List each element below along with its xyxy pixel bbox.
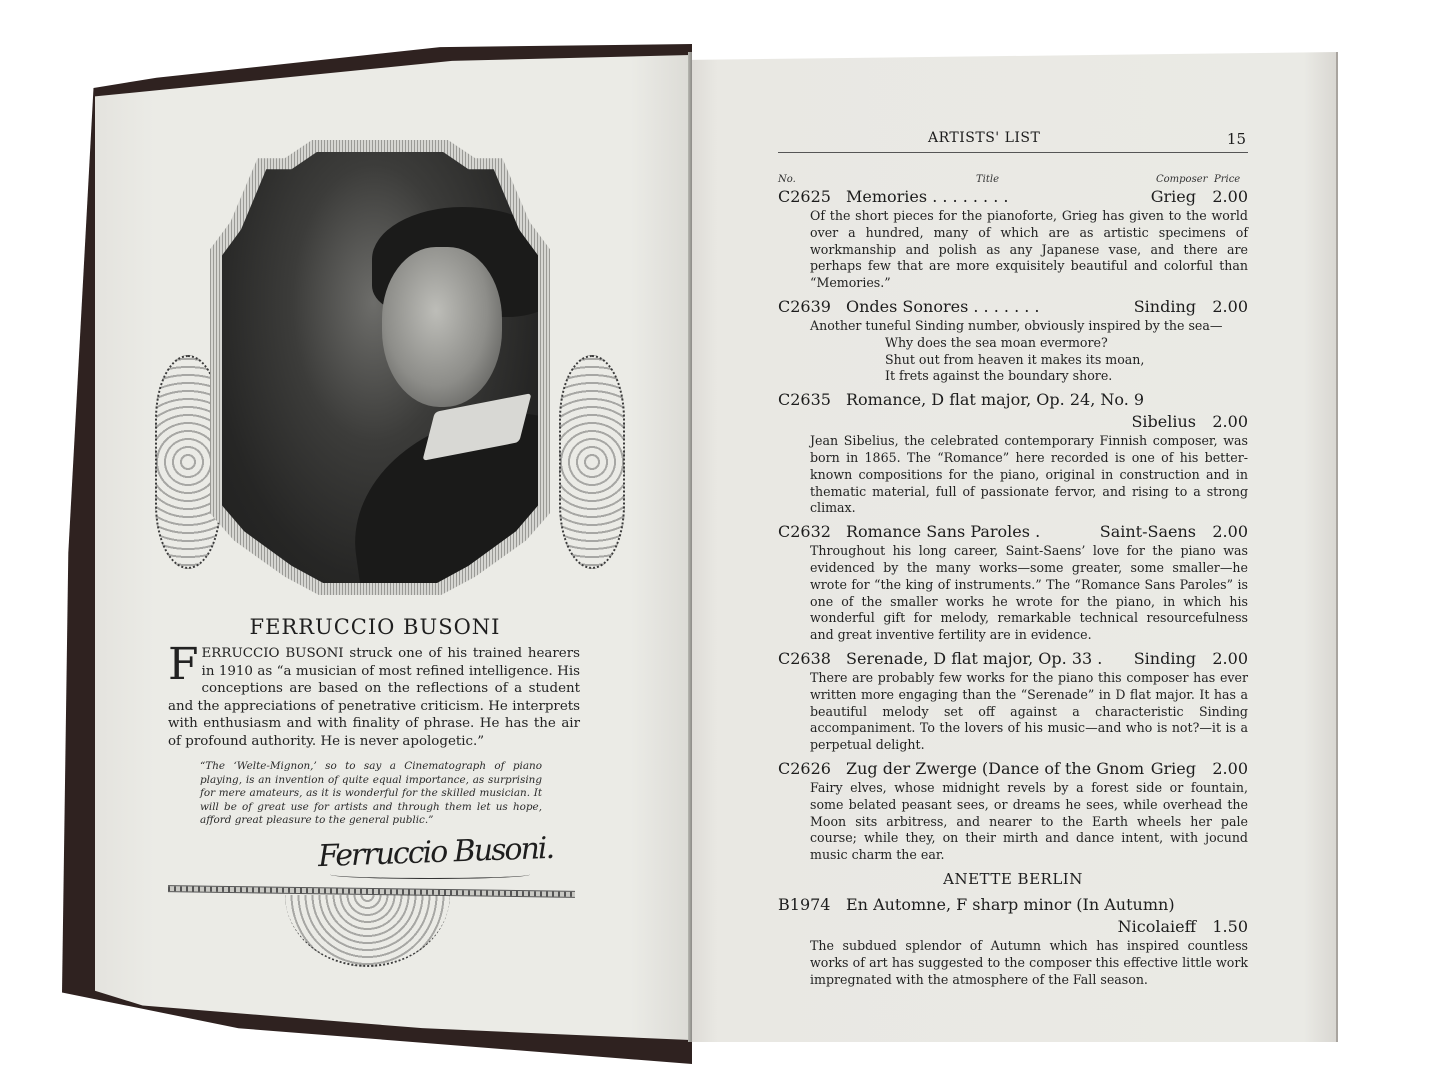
record-price: 2.00 [1196, 296, 1248, 318]
column-header-composer: Composer [1156, 174, 1207, 185]
record-entry: C2638 Serenade, D flat major, Op. 33 . S… [778, 648, 1248, 754]
record-number: C2625 [778, 186, 846, 208]
record-price: 2.00 [1196, 521, 1248, 543]
record-entry: C2632 Romance Sans Paroles . Saint-Saens… [778, 521, 1248, 644]
bio-text: ERRUCCIO BUSONI struck one of his traine… [168, 646, 580, 749]
artist-bio: FERRUCCIO BUSONI struck one of his train… [168, 645, 580, 750]
record-price: 2.00 [1196, 758, 1248, 780]
record-price: 2.00 [1196, 186, 1248, 208]
record-title: Romance, D flat major, Op. 24, No. 9 [846, 389, 1248, 411]
record-description: There are probably few works for the pia… [810, 670, 1248, 754]
record-entry: C2626 Zug der Zwerge (Dance of the Gnome… [778, 758, 1248, 864]
artist-name-heading: FERRUCCIO BUSONI [165, 615, 585, 639]
signature-flourish [330, 870, 530, 879]
scroll-ornament-icon [559, 355, 625, 569]
running-title: ARTISTS' LIST [928, 130, 1040, 146]
record-price: 2.00 [1196, 648, 1248, 670]
record-description: Of the short pieces for the pianoforte, … [810, 208, 1248, 292]
verse-line: Shut out from heaven it makes its moan, [885, 352, 1248, 369]
record-entry: B1974 En Automne, F sharp minor (In Autu… [778, 894, 1248, 988]
verse-line: Why does the sea moan evermore? [885, 335, 1248, 352]
record-description: Another tuneful Sinding number, obviousl… [810, 318, 1248, 335]
drop-cap: F [168, 647, 202, 683]
column-header-title: Title [976, 174, 999, 185]
portrait-photo [222, 152, 538, 583]
column-header-price: Price [1214, 174, 1240, 185]
record-title: En Automne, F sharp minor (In Autumn) [846, 894, 1248, 916]
record-description: Throughout his long career, Saint-Saens’… [810, 543, 1248, 644]
section-heading-artist: ANETTE BERLIN [778, 870, 1248, 888]
record-entry: C2625 Memories . . . . . . . . Grieg 2.0… [778, 186, 1248, 292]
record-price: 1.50 [1196, 916, 1248, 938]
page-number: 15 [1227, 130, 1246, 148]
record-composer: Sinding [1128, 296, 1196, 318]
record-title: Zug der Zwerge (Dance of the Gnomes) [846, 758, 1145, 780]
record-number: C2626 [778, 758, 846, 780]
record-composer: Nicolaieff [1112, 916, 1196, 938]
verse-line: It frets against the boundary shore. [885, 368, 1248, 385]
record-composer: Sinding [1128, 648, 1196, 670]
artist-quote: “The ‘Welte-Mignon,’ so to say a Cinemat… [200, 760, 542, 828]
record-number: C2635 [778, 389, 846, 411]
column-header-no: No. [778, 174, 796, 185]
record-description: Jean Sibelius, the celebrated contempora… [810, 433, 1248, 517]
portrait-frame [155, 140, 625, 595]
record-entry: C2635 Romance, D flat major, Op. 24, No.… [778, 389, 1248, 517]
record-title: Serenade, D flat major, Op. 33 . [846, 648, 1128, 670]
record-description: The subdued splendor of Autumn which has… [810, 938, 1248, 988]
record-composer: Sibelius [1125, 411, 1196, 433]
record-composer: Grieg [1145, 186, 1196, 208]
record-number: C2638 [778, 648, 846, 670]
record-title: Memories . . . . . . . . [846, 186, 1145, 208]
record-price: 2.00 [1196, 411, 1248, 433]
record-entry: C2639 Ondes Sonores . . . . . . . Sindin… [778, 296, 1248, 385]
record-list: C2625 Memories . . . . . . . . Grieg 2.0… [778, 186, 1248, 992]
record-composer: Saint-Saens [1094, 521, 1196, 543]
running-header: ARTISTS' LIST 15 [778, 130, 1248, 153]
record-title: Ondes Sonores . . . . . . . [846, 296, 1128, 318]
record-number: B1974 [778, 894, 846, 916]
book-gutter [688, 52, 692, 1042]
record-description: Fairy elves, whose midnight revels by a … [810, 780, 1248, 864]
record-number: C2639 [778, 296, 846, 318]
record-number: C2632 [778, 521, 846, 543]
record-composer: Grieg [1145, 758, 1196, 780]
portrait-face [382, 247, 502, 407]
record-title: Romance Sans Paroles . [846, 521, 1094, 543]
